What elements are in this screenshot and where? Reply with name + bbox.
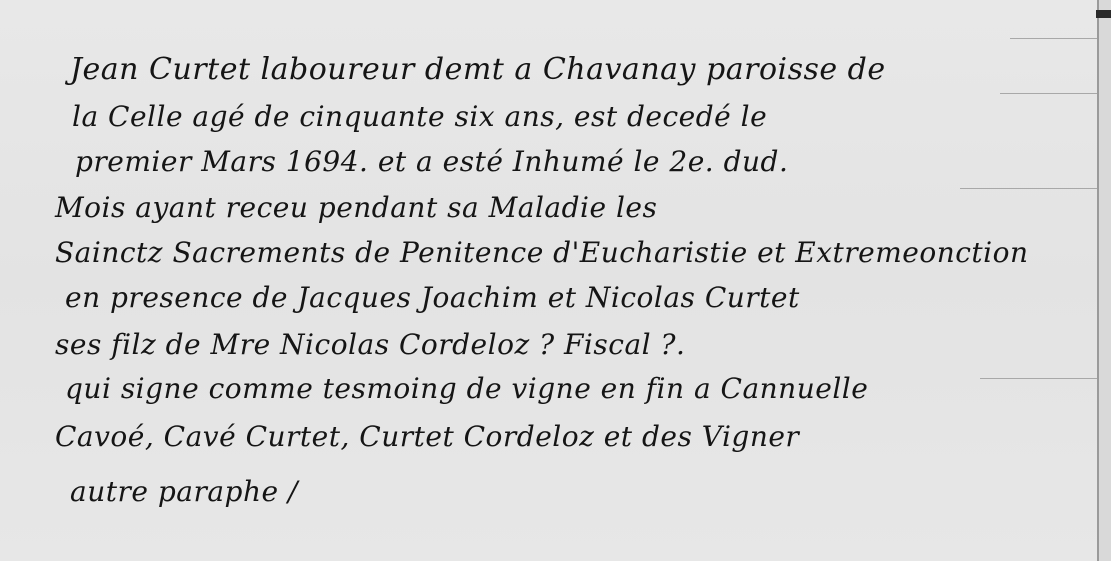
ruled-line <box>980 378 1097 379</box>
entry-line-5: Sainctz Sacrements de Penitence d'Euchar… <box>55 236 1029 269</box>
ruled-line <box>1000 93 1097 94</box>
entry-line-7: ses filz de Mre Nicolas Cordeloz ? Fisca… <box>55 328 685 361</box>
entry-line-6: en presence de Jacques Joachim et Nicola… <box>65 281 800 314</box>
page-edge-mark <box>1096 10 1111 18</box>
entry-line-9: Cavoé, Cavé Curtet, Curtet Cordeloz et d… <box>55 420 799 453</box>
entry-line-2: la Celle agé de cinquante six ans, est d… <box>72 100 767 133</box>
entry-line-4: Mois ayant receu pendant sa Maladie les <box>55 191 657 224</box>
page-edge <box>1097 0 1111 561</box>
entry-line-8: qui signe comme tesmoing de vigne en fin… <box>65 372 868 405</box>
ruled-line <box>1010 38 1097 39</box>
entry-line-3: premier Mars 1694. et a esté Inhumé le 2… <box>75 145 788 178</box>
entry-line-1: Jean Curtet laboureur demt a Chavanay pa… <box>70 52 886 87</box>
register-page: Jean Curtet laboureur demt a Chavanay pa… <box>0 0 1097 561</box>
entry-line-10: autre paraphe / <box>70 475 298 508</box>
ruled-line <box>960 188 1097 189</box>
